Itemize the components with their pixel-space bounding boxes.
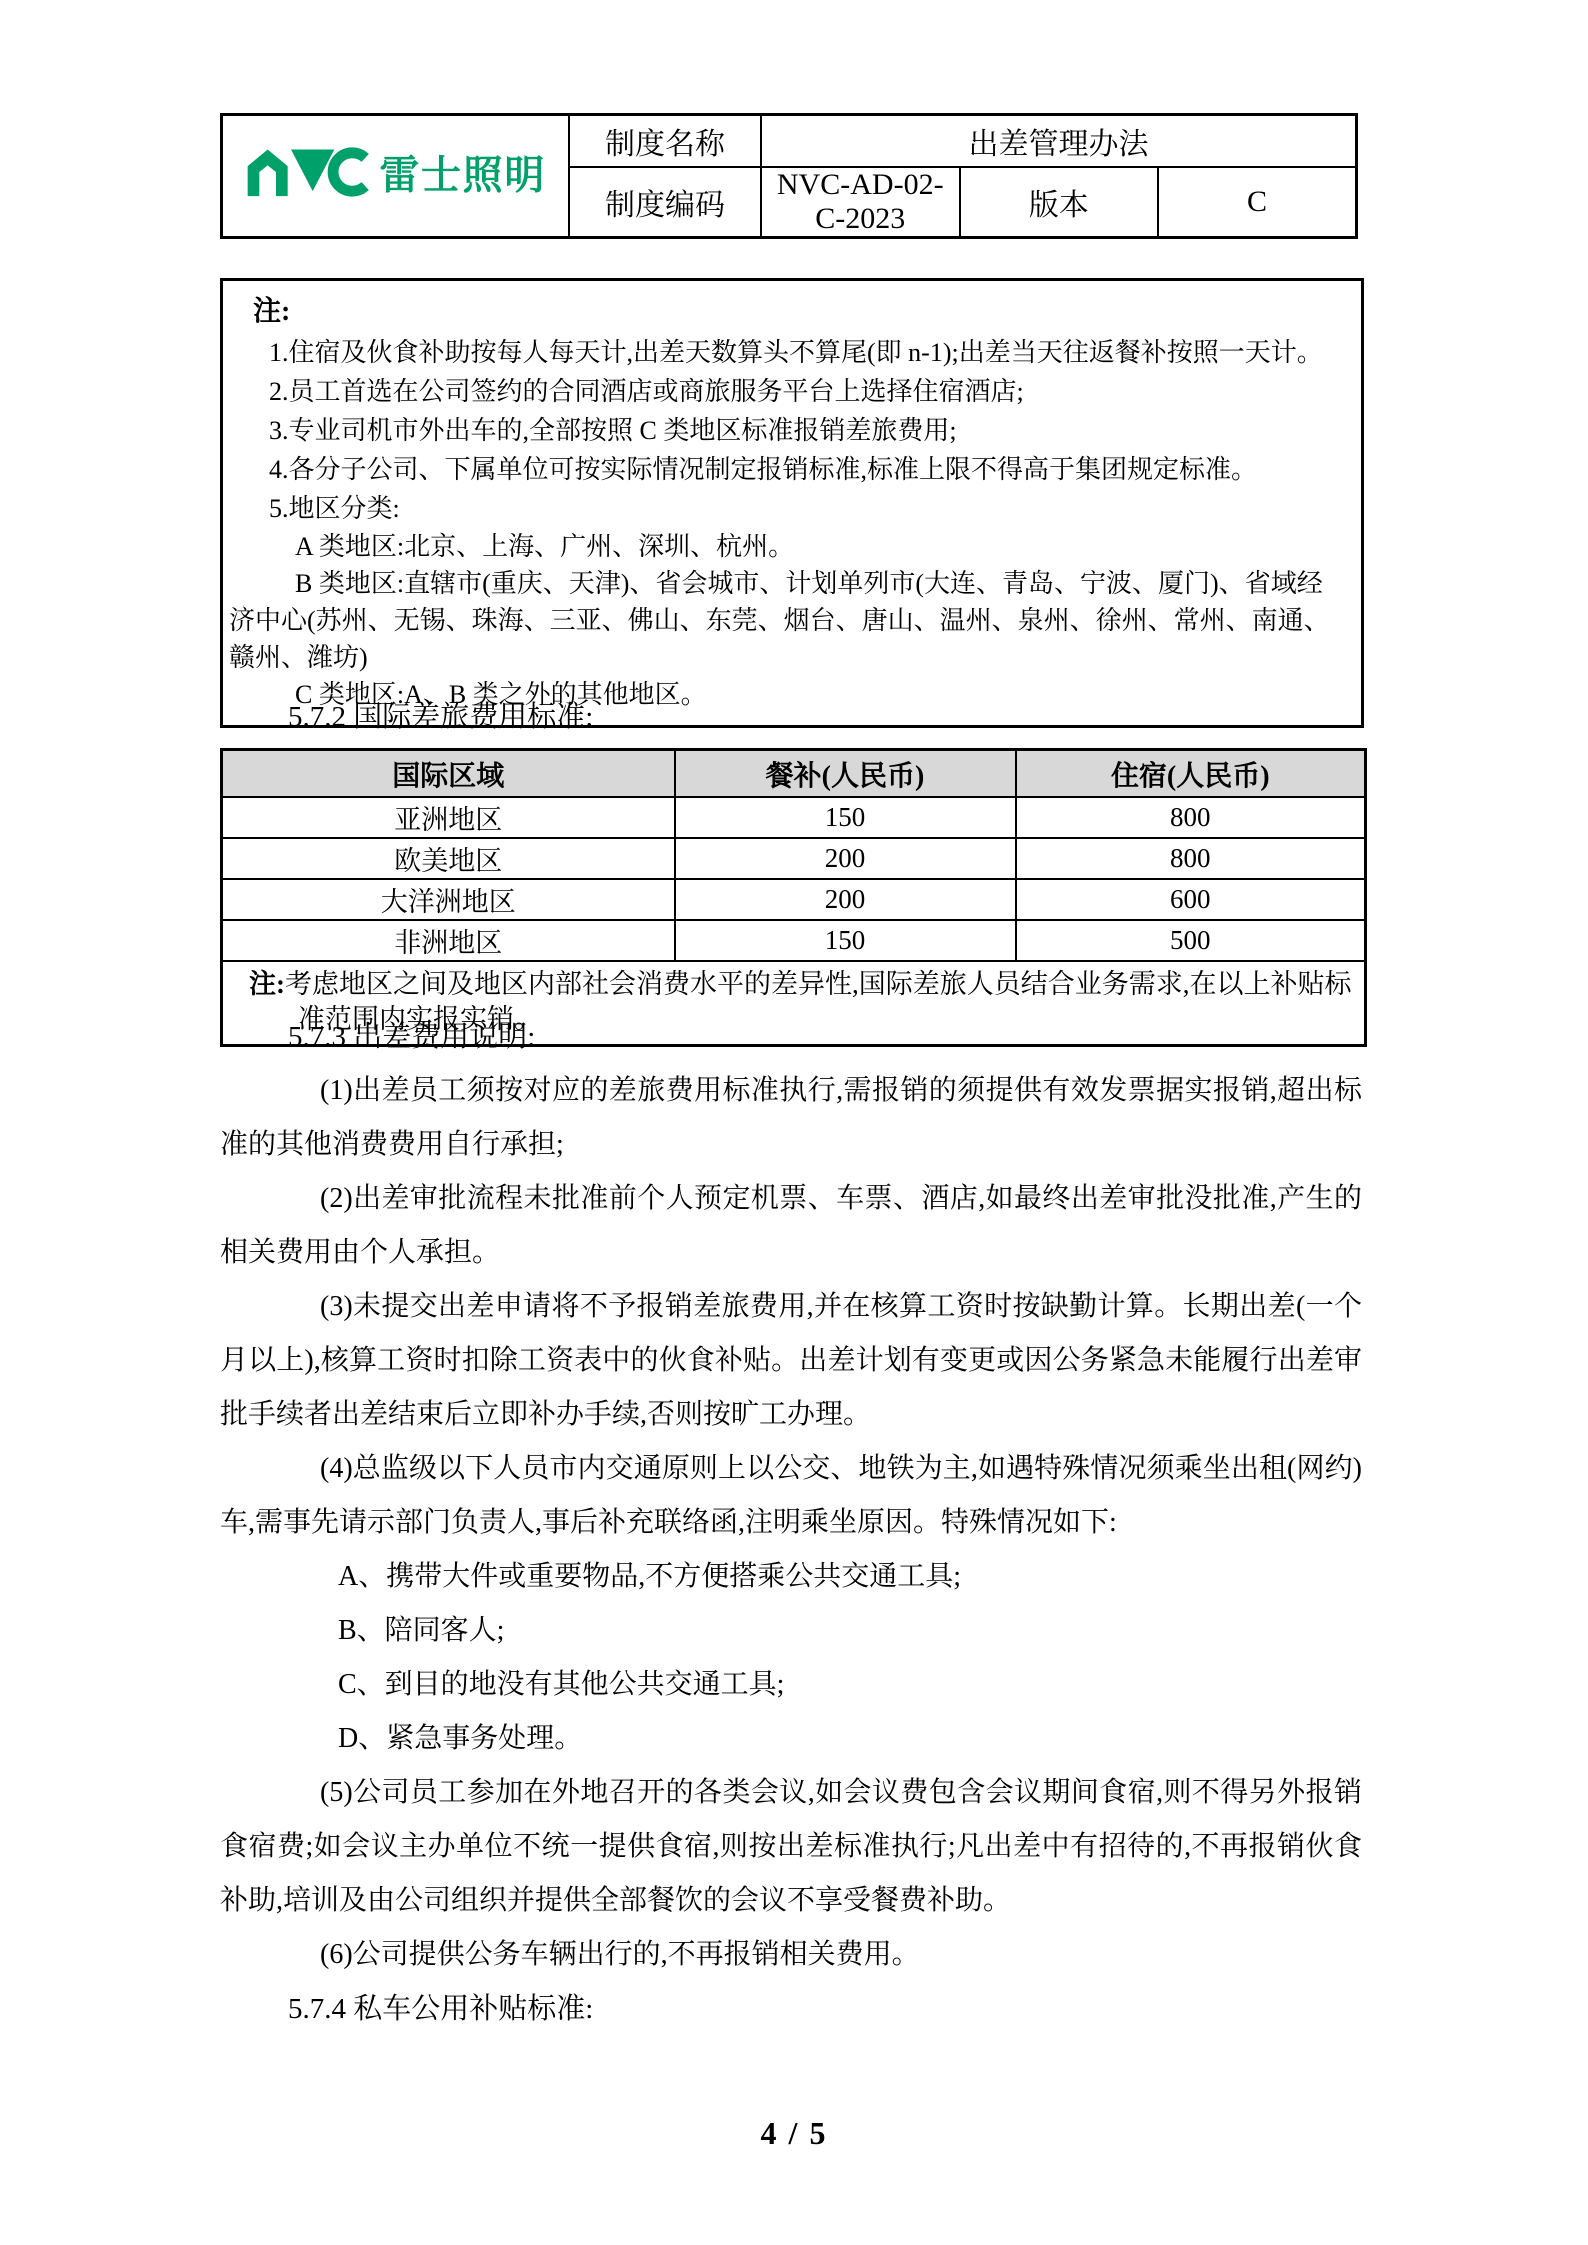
version-value: C — [1158, 167, 1357, 238]
special-case-item: C、到目的地没有其他公共交通工具; — [220, 1658, 1362, 1712]
note-item: 4.各分子公司、下属单位可按实际情况制定报销标准,标准上限不得高于集团规定标准。 — [229, 450, 1345, 489]
table-row: 非洲地区 150 500 — [222, 920, 1366, 961]
expense-paragraphs: (1)出差员工须按对应的差旅费用标准执行,需报销的须提供有效发票据实报销,超出标… — [220, 1064, 1362, 1550]
lodging-cell: 800 — [1016, 838, 1366, 879]
body-text: 5.7.3 出差费用说明: (1)出差员工须按对应的差旅费用标准执行,需报销的须… — [220, 1010, 1362, 2036]
logo-n-shape — [247, 150, 287, 197]
version-label: 版本 — [960, 167, 1159, 238]
lodging-cell: 800 — [1016, 797, 1366, 838]
notes-items: 1.住宿及伙食补助按每人每天计,出差天数算头不算尾(即 n-1);出差当天往返餐… — [229, 333, 1345, 528]
paragraph: (5)公司员工参加在外地召开的各类会议,如会议费包含会议期间食宿,则不得另外报销… — [220, 1766, 1362, 1928]
region-cell: 欧美地区 — [222, 838, 675, 879]
region-cell: 非洲地区 — [222, 920, 675, 961]
special-case-list: A、携带大件或重要物品,不方便搭乘公共交通工具; B、陪同客人; C、到目的地没… — [220, 1550, 1362, 1766]
notes-box: 注: 1.住宿及伙食补助按每人每天计,出差天数算头不算尾(即 n-1);出差当天… — [220, 278, 1364, 728]
lodging-cell: 500 — [1016, 920, 1366, 961]
paragraph: (4)总监级以下人员市内交通原则上以公交、地铁为主,如遇特殊情况须乘坐出租(网约… — [220, 1442, 1362, 1550]
intl-table-header-cell: 住宿(人民币) — [1016, 750, 1366, 798]
paragraph: (1)出差员工须按对应的差旅费用标准执行,需报销的须提供有效发票据实报销,超出标… — [220, 1064, 1362, 1172]
logo-cell: 雷士照明 — [222, 115, 570, 238]
region-cell: 亚洲地区 — [222, 797, 675, 838]
special-case-item: D、紧急事务处理。 — [220, 1712, 1362, 1766]
section-574-heading: 5.7.4 私车公用补贴标准: — [220, 1982, 1362, 2036]
nvc-logo-icon: 雷士照明 — [246, 177, 546, 210]
page-number: 4 / 5 — [0, 2115, 1588, 2152]
region-cell: 大洋洲地区 — [222, 879, 675, 920]
meal-allowance-cell: 150 — [675, 920, 1016, 961]
section-573-heading: 5.7.3 出差费用说明: — [220, 1010, 1362, 1064]
region-classification-list: A 类地区:北京、上海、广州、深圳、杭州。 B 类地区:直辖市(重庆、天津)、省… — [229, 528, 1345, 713]
logo-c-shape — [333, 153, 365, 191]
special-case-item: A、携带大件或重要物品,不方便搭乘公共交通工具; — [220, 1550, 1362, 1604]
meal-allowance-cell: 150 — [675, 797, 1016, 838]
paragraph: (6)公司提供公务车辆出行的,不再报销相关费用。 — [220, 1928, 1362, 1982]
table-row: 大洋洲地区 200 600 — [222, 879, 1366, 920]
note-item: 2.员工首选在公司签约的合同酒店或商旅服务平台上选择住宿酒店; — [229, 372, 1345, 411]
intl-travel-cost-table: 国际区域 餐补(人民币) 住宿(人民币) 亚洲地区 150 800 欧美地区 2… — [220, 748, 1367, 1047]
meal-allowance-cell: 200 — [675, 879, 1016, 920]
expense-paragraphs-2: (5)公司员工参加在外地召开的各类会议,如会议费包含会议期间食宿,则不得另外报销… — [220, 1766, 1362, 1982]
notes-label: 注: — [229, 291, 1345, 333]
note-item: 1.住宿及伙食补助按每人每天计,出差天数算头不算尾(即 n-1);出差当天往返餐… — [229, 333, 1345, 372]
document-page: { "document": { "header": { "brand_cn": … — [0, 0, 1588, 2245]
policy-code-label: 制度编码 — [569, 167, 761, 238]
section-572-heading: 5.7.2 国际差旅费用标准: — [220, 694, 593, 735]
region-class-item: B 类地区:直辖市(重庆、天津)、省会城市、计划单列市(大连、青岛、宁波、厦门)… — [229, 565, 1345, 676]
intl-table-body: 亚洲地区 150 800 欧美地区 200 800 大洋洲地区 200 600 … — [222, 797, 1366, 961]
intl-table-header-row: 国际区域 餐补(人民币) 住宿(人民币) — [222, 750, 1366, 798]
special-case-item: B、陪同客人; — [220, 1604, 1362, 1658]
logo-brand-text: 雷士照明 — [379, 154, 546, 198]
note-item: 5.地区分类: — [229, 489, 1345, 528]
note-item: 3.专业司机市外出车的,全部按照 C 类地区标准报销差旅费用; — [229, 411, 1345, 450]
intl-table-header-cell: 国际区域 — [222, 750, 675, 798]
policy-code-value: NVC-AD-02-C-2023 — [761, 167, 960, 238]
policy-header-table: 雷士照明 制度名称 出差管理办法 制度编码 NVC-AD-02-C-2023 版… — [220, 113, 1358, 239]
lodging-cell: 600 — [1016, 879, 1366, 920]
meal-allowance-cell: 200 — [675, 838, 1016, 879]
paragraph: (2)出差审批流程未批准前个人预定机票、车票、酒店,如最终出差审批没批准,产生的… — [220, 1172, 1362, 1280]
intl-table-header-cell: 餐补(人民币) — [675, 750, 1016, 798]
paragraph: (3)未提交出差申请将不予报销差旅费用,并在核算工资时按缺勤计算。长期出差(一个… — [220, 1280, 1362, 1442]
table-row: 亚洲地区 150 800 — [222, 797, 1366, 838]
policy-name-value: 出差管理办法 — [761, 115, 1357, 168]
intl-note-label: 注: — [249, 969, 285, 999]
policy-name-label: 制度名称 — [569, 115, 761, 168]
region-class-item: A 类地区:北京、上海、广州、深圳、杭州。 — [229, 528, 1345, 565]
table-row: 欧美地区 200 800 — [222, 838, 1366, 879]
